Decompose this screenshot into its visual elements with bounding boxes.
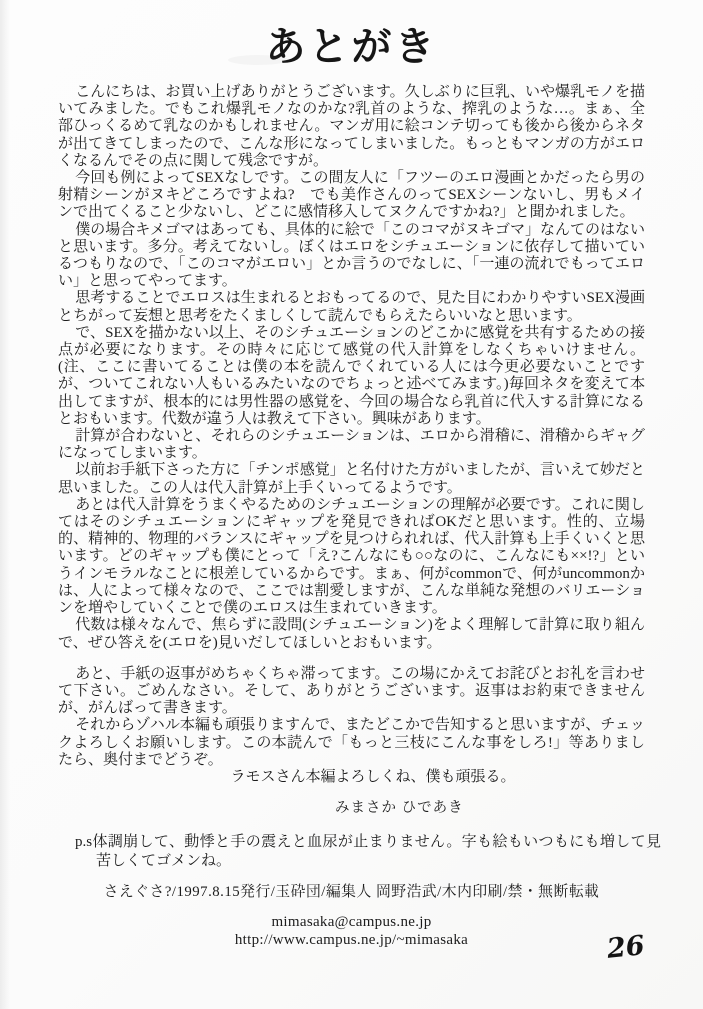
website-url: http://www.campus.ne.jp/~mimasaka — [0, 932, 703, 950]
closing-line: ラモスさん本編よろしくね、僕も頑張る。 — [58, 769, 645, 786]
paragraph: こんにちは、お買い上げありがとうございます。久しぶりに巨乳、いや爆乳モノを描いて… — [58, 84, 645, 170]
paragraph: 計算が合わないと、それらのシチュエーションは、エロから滑稽に、滑稽からギャグにな… — [58, 428, 645, 462]
afterword-page: あとがき こんにちは、お買い上げありがとうございます。久しぶりに巨乳、いや爆乳モ… — [0, 0, 703, 1009]
paragraph: 僕の場合キメゴマはあっても、具体的に絵で「このコマがヌキゴマ」なんてのはないと思… — [58, 222, 645, 291]
postscript: p.s体調崩して、動悸と手の震えと血尿が止まりません。字も絵もいつもにも増して見… — [75, 833, 661, 870]
paragraph: 以前お手紙下さった方に「チンポ感覚」と名付けた方がいましたが、言いえて妙だと思い… — [58, 462, 645, 496]
paragraph: それからゾハル本編も頑張りますんで、またどこかで告知すると思いますが、チェックよ… — [58, 717, 645, 769]
afterword-body-second: あと、手紙の返事がめちゃくちゃ滞ってます。この場にかえてお詫びとお礼を言わせて下… — [58, 666, 645, 769]
paragraph: 思考することでエロスは生まれるとおもってるので、見た目にわかりやすいSEX漫画と… — [58, 290, 645, 324]
paragraph: で、SEXを描かない以上、そのシチュエーションのどこかに感覚を共有するための接点… — [58, 325, 645, 428]
scan-smudge — [228, 55, 288, 65]
paragraph: 今回も例によってSEXなしです。この間友人に「フツーのエロ漫画とかだったら男の射… — [58, 170, 645, 222]
email-address: mimasaka@campus.ne.jp — [0, 914, 703, 932]
contact-block: mimasaka@campus.ne.jp http://www.campus.… — [0, 914, 703, 949]
colophon: さえぐさ?/1997.8.15発行/玉砕団/編集人 岡野浩武/木内印刷/禁・無断… — [0, 883, 703, 901]
paragraph: 代数は様々なんで、焦らずに設問(シチュエーション)をよく理解して計算に取り組んで… — [58, 617, 645, 651]
afterword-body-main: こんにちは、お買い上げありがとうございます。久しぶりに巨乳、いや爆乳モノを描いて… — [58, 84, 645, 652]
page-number: 26 — [606, 930, 647, 965]
paragraph: あと、手紙の返事がめちゃくちゃ滞ってます。この場にかえてお詫びとお礼を言わせて下… — [58, 666, 645, 718]
page-title: あとがき — [0, 0, 703, 72]
paragraph: あとは代入計算をうまくやるためのシチュエーションの理解が必要です。これに関しては… — [58, 497, 645, 617]
signature: みまさか ひであき — [335, 800, 645, 817]
